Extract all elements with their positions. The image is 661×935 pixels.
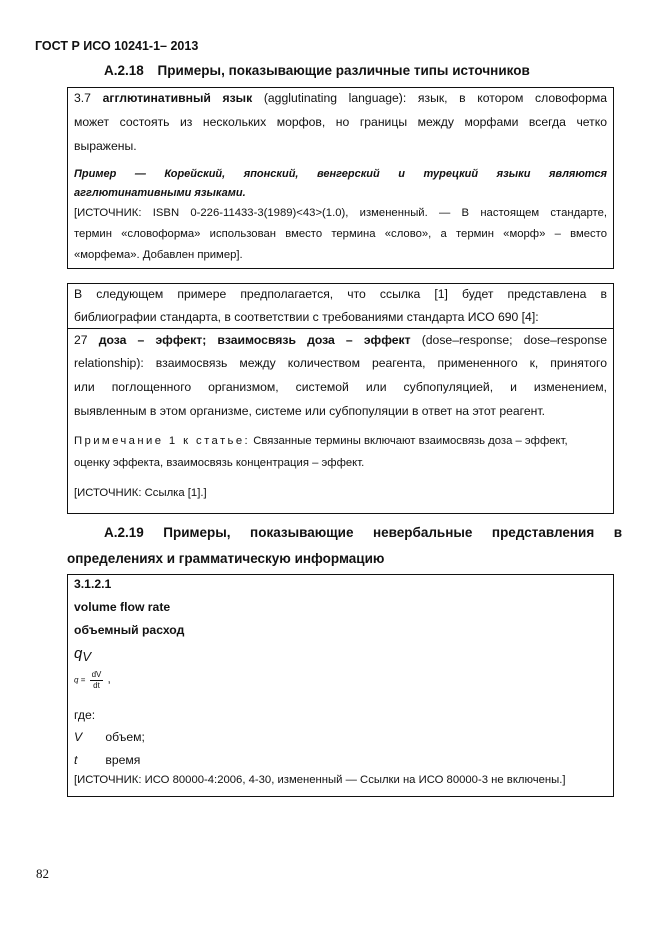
section-title: Примеры, показывающие различные типы ист… (158, 63, 530, 78)
formula-tail: , (108, 674, 111, 686)
variable-row: t время (74, 753, 140, 767)
note-label: Примечание 1 к статье: (74, 435, 250, 447)
term-number: 3.7 (74, 91, 91, 105)
example-line: Пример — Корейский, японский, венгерский… (74, 168, 607, 180)
note-line: оценку эффекта, взаимосвязь концентрация… (74, 457, 364, 469)
definition-line: или поглощенного организмом, системой ил… (74, 380, 607, 394)
term-name: доза – эффект; взаимосвязь доза – эффект (99, 333, 411, 347)
term-english: volume flow rate (74, 600, 170, 614)
source-line: [ИСТОЧНИК: ISBN 0-226-11433-3(1989)<43>(… (74, 207, 607, 219)
term-number: 3.1.2.1 (74, 577, 111, 591)
variable-symbol: t (74, 753, 102, 767)
definition-line: выражены. (74, 139, 137, 153)
running-head: ГОСТ Р ИСО 10241-1– 2013 (35, 39, 198, 53)
formula-fraction: dV dt (90, 670, 104, 691)
example-box-volume-flow-rate: 3.1.2.1 volume flow rate объемный расход… (67, 574, 614, 797)
source-line: термин «словоформа» использован вместо т… (74, 228, 607, 240)
definition-line: может состоять из нескольких морфов, но … (74, 115, 607, 129)
divider (68, 328, 613, 329)
example-box-agglutinative: 3.7 агглютинативный язык (agglutinating … (67, 87, 614, 269)
example-line: агглютинативными языками. (74, 187, 246, 199)
where-label: где: (74, 708, 95, 722)
definition-line: relationship): взаимосвязь между количес… (74, 356, 607, 370)
fraction-denominator: dt (93, 681, 100, 691)
term-definition-start: (dose–response; dose–response (422, 333, 607, 347)
source-line: [ИСТОЧНИК: Ссылка [1].] (74, 487, 207, 499)
formula: q = dV dt , (74, 670, 111, 691)
section-heading-a219-line2: определениях и грамматическую информацию (67, 551, 384, 566)
note-text: Связанные термины включают взаимосвязь д… (253, 435, 568, 447)
term-number: 27 (74, 333, 88, 347)
variable-meaning: объем; (105, 730, 145, 744)
source-line: «морфема». Добавлен пример]. (74, 249, 243, 261)
symbol-subscript: V (82, 649, 91, 664)
intro-line: библиографии стандарта, в соответствии с… (74, 310, 539, 324)
intro-line: В следующем примере предполагается, что … (74, 287, 607, 301)
example-box-dose-response: В следующем примере предполагается, что … (67, 283, 614, 514)
fraction-numerator: dV (90, 670, 104, 681)
section-heading-a219-line1: А.2.19 Примеры, показывающие невербальны… (104, 525, 622, 540)
term-line: 3.7 агглютинативный язык (agglutinating … (74, 91, 607, 105)
term-russian: объемный расход (74, 623, 184, 637)
variable-symbol: V (74, 730, 102, 744)
term-line: 27 доза – эффект; взаимосвязь доза – эфф… (74, 333, 607, 347)
section-number: А.2.18 (104, 63, 144, 78)
variable-row: V объем; (74, 730, 145, 744)
definition-line: выявленным в этом организме, системе или… (74, 404, 545, 418)
source-line: [ИСТОЧНИК: ИСО 80000-4:2006, 4-30, измен… (74, 774, 566, 786)
term-symbol: qV (74, 645, 91, 662)
term-name: агглютинативный язык (103, 91, 253, 105)
note-line: Примечание 1 к статье: Связанные термины… (74, 435, 568, 447)
page-number: 82 (36, 866, 49, 882)
section-heading-a218: А.2.18 Примеры, показывающие различные т… (104, 63, 530, 78)
term-definition-start: (agglutinating language): язык, в которо… (264, 91, 607, 105)
variable-meaning: время (105, 753, 140, 767)
formula-lhs: q = (74, 676, 85, 685)
